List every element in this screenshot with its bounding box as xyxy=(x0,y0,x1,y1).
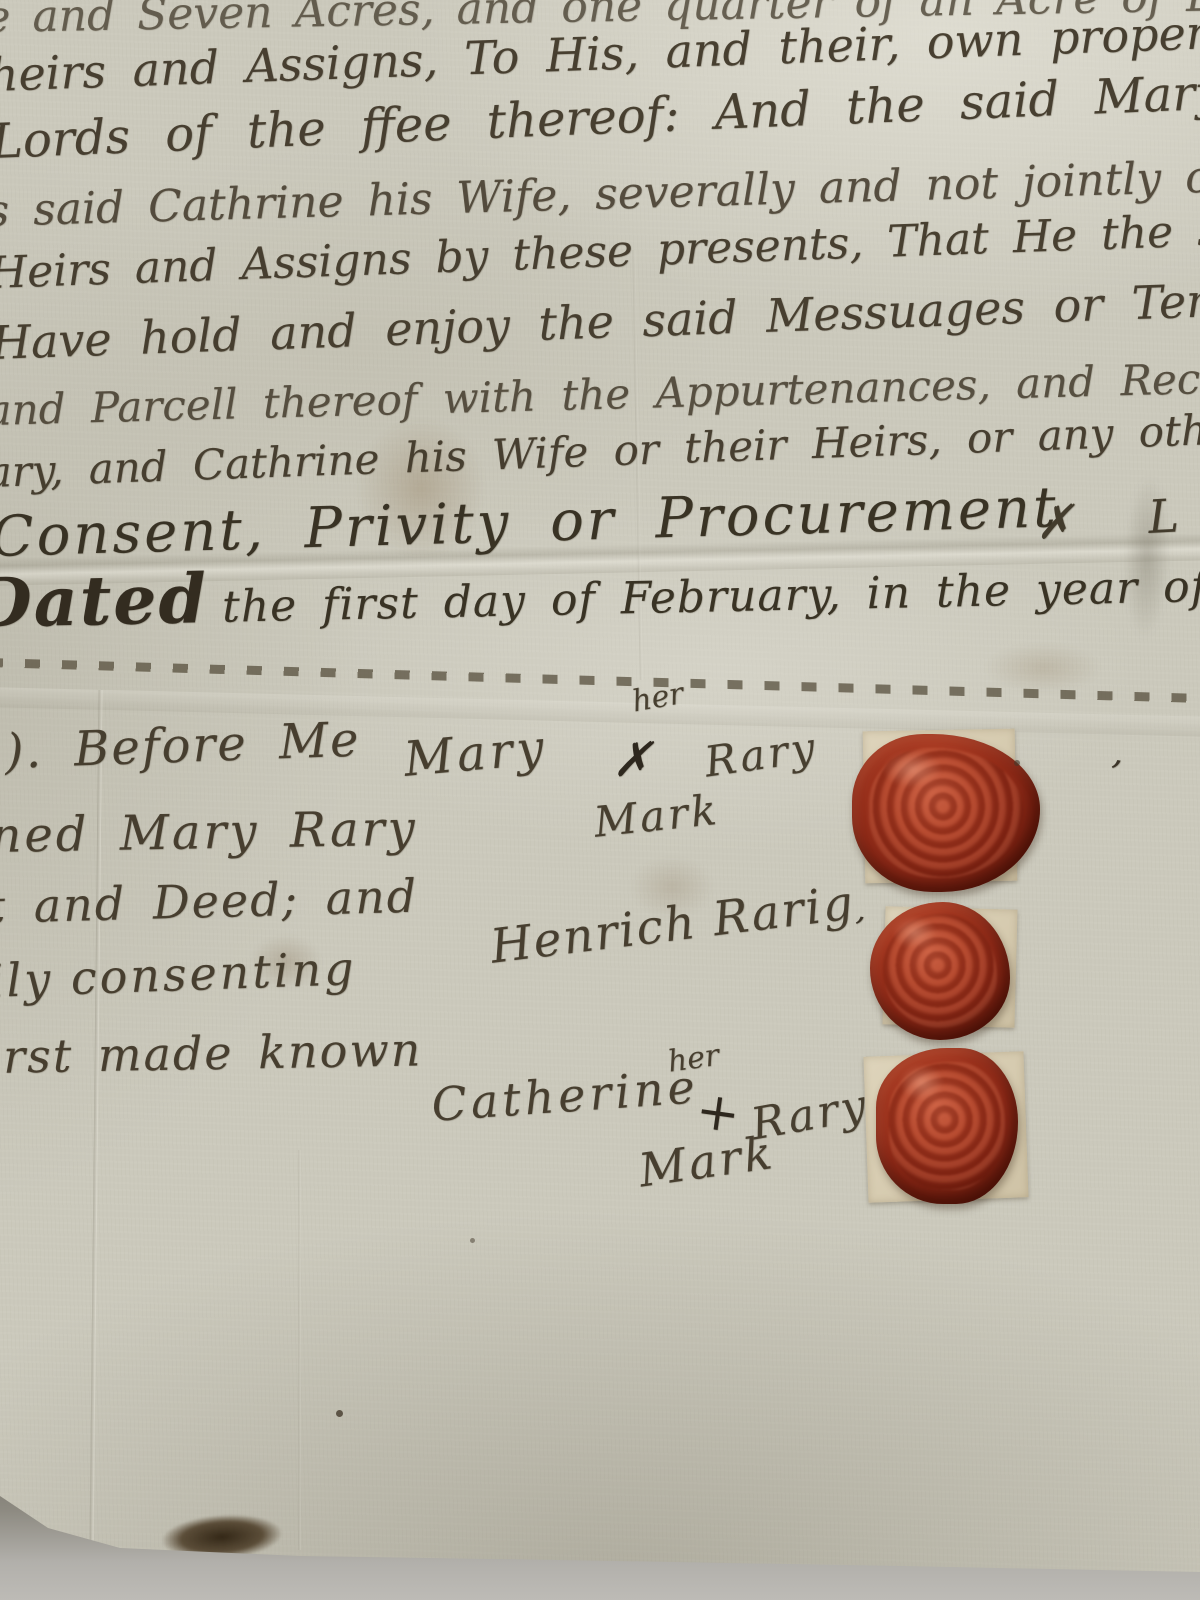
dated-line-text: the first day of February, in the year o… xyxy=(222,561,1200,633)
seal-wax xyxy=(876,1048,1018,1204)
speck xyxy=(1014,760,1020,766)
signature-catherine: Catherine xyxy=(430,1063,700,1128)
wax-seal-2 xyxy=(868,898,1023,1046)
attestation-line: irst made known xyxy=(0,1026,423,1080)
wax-seal-1 xyxy=(852,726,1047,896)
wax-seal-3 xyxy=(862,1046,1032,1208)
mary-surname: Rary xyxy=(702,726,820,783)
mark-word-catherine: Mark xyxy=(636,1129,777,1194)
seal-wax xyxy=(870,902,1010,1040)
parchment-deed-photograph: e and Seven Acres, and one quarter of an… xyxy=(0,0,1200,1600)
her-word-mary: her xyxy=(630,679,686,717)
ink-mark: ’ xyxy=(1105,756,1124,794)
ink-flourish: ✗ L ✗ xyxy=(1034,485,1200,546)
vertical-crease xyxy=(298,1150,301,1550)
attestation-line: ned Mary Rary xyxy=(0,805,418,860)
attestation-line: ). Before Me xyxy=(4,716,361,776)
signature-mary: Mary xyxy=(402,723,549,783)
mark-word-mary: Mark xyxy=(592,789,721,844)
dated-word: Dated xyxy=(0,559,209,644)
attestation-line: ily consenting xyxy=(0,945,357,1004)
parchment-document: e and Seven Acres, and one quarter of an… xyxy=(0,0,1200,1600)
speck xyxy=(470,1238,475,1243)
attestation-line: t and Deed; and xyxy=(0,873,419,930)
mary-cross-mark: ✗ xyxy=(612,736,652,784)
speck xyxy=(336,1410,343,1417)
